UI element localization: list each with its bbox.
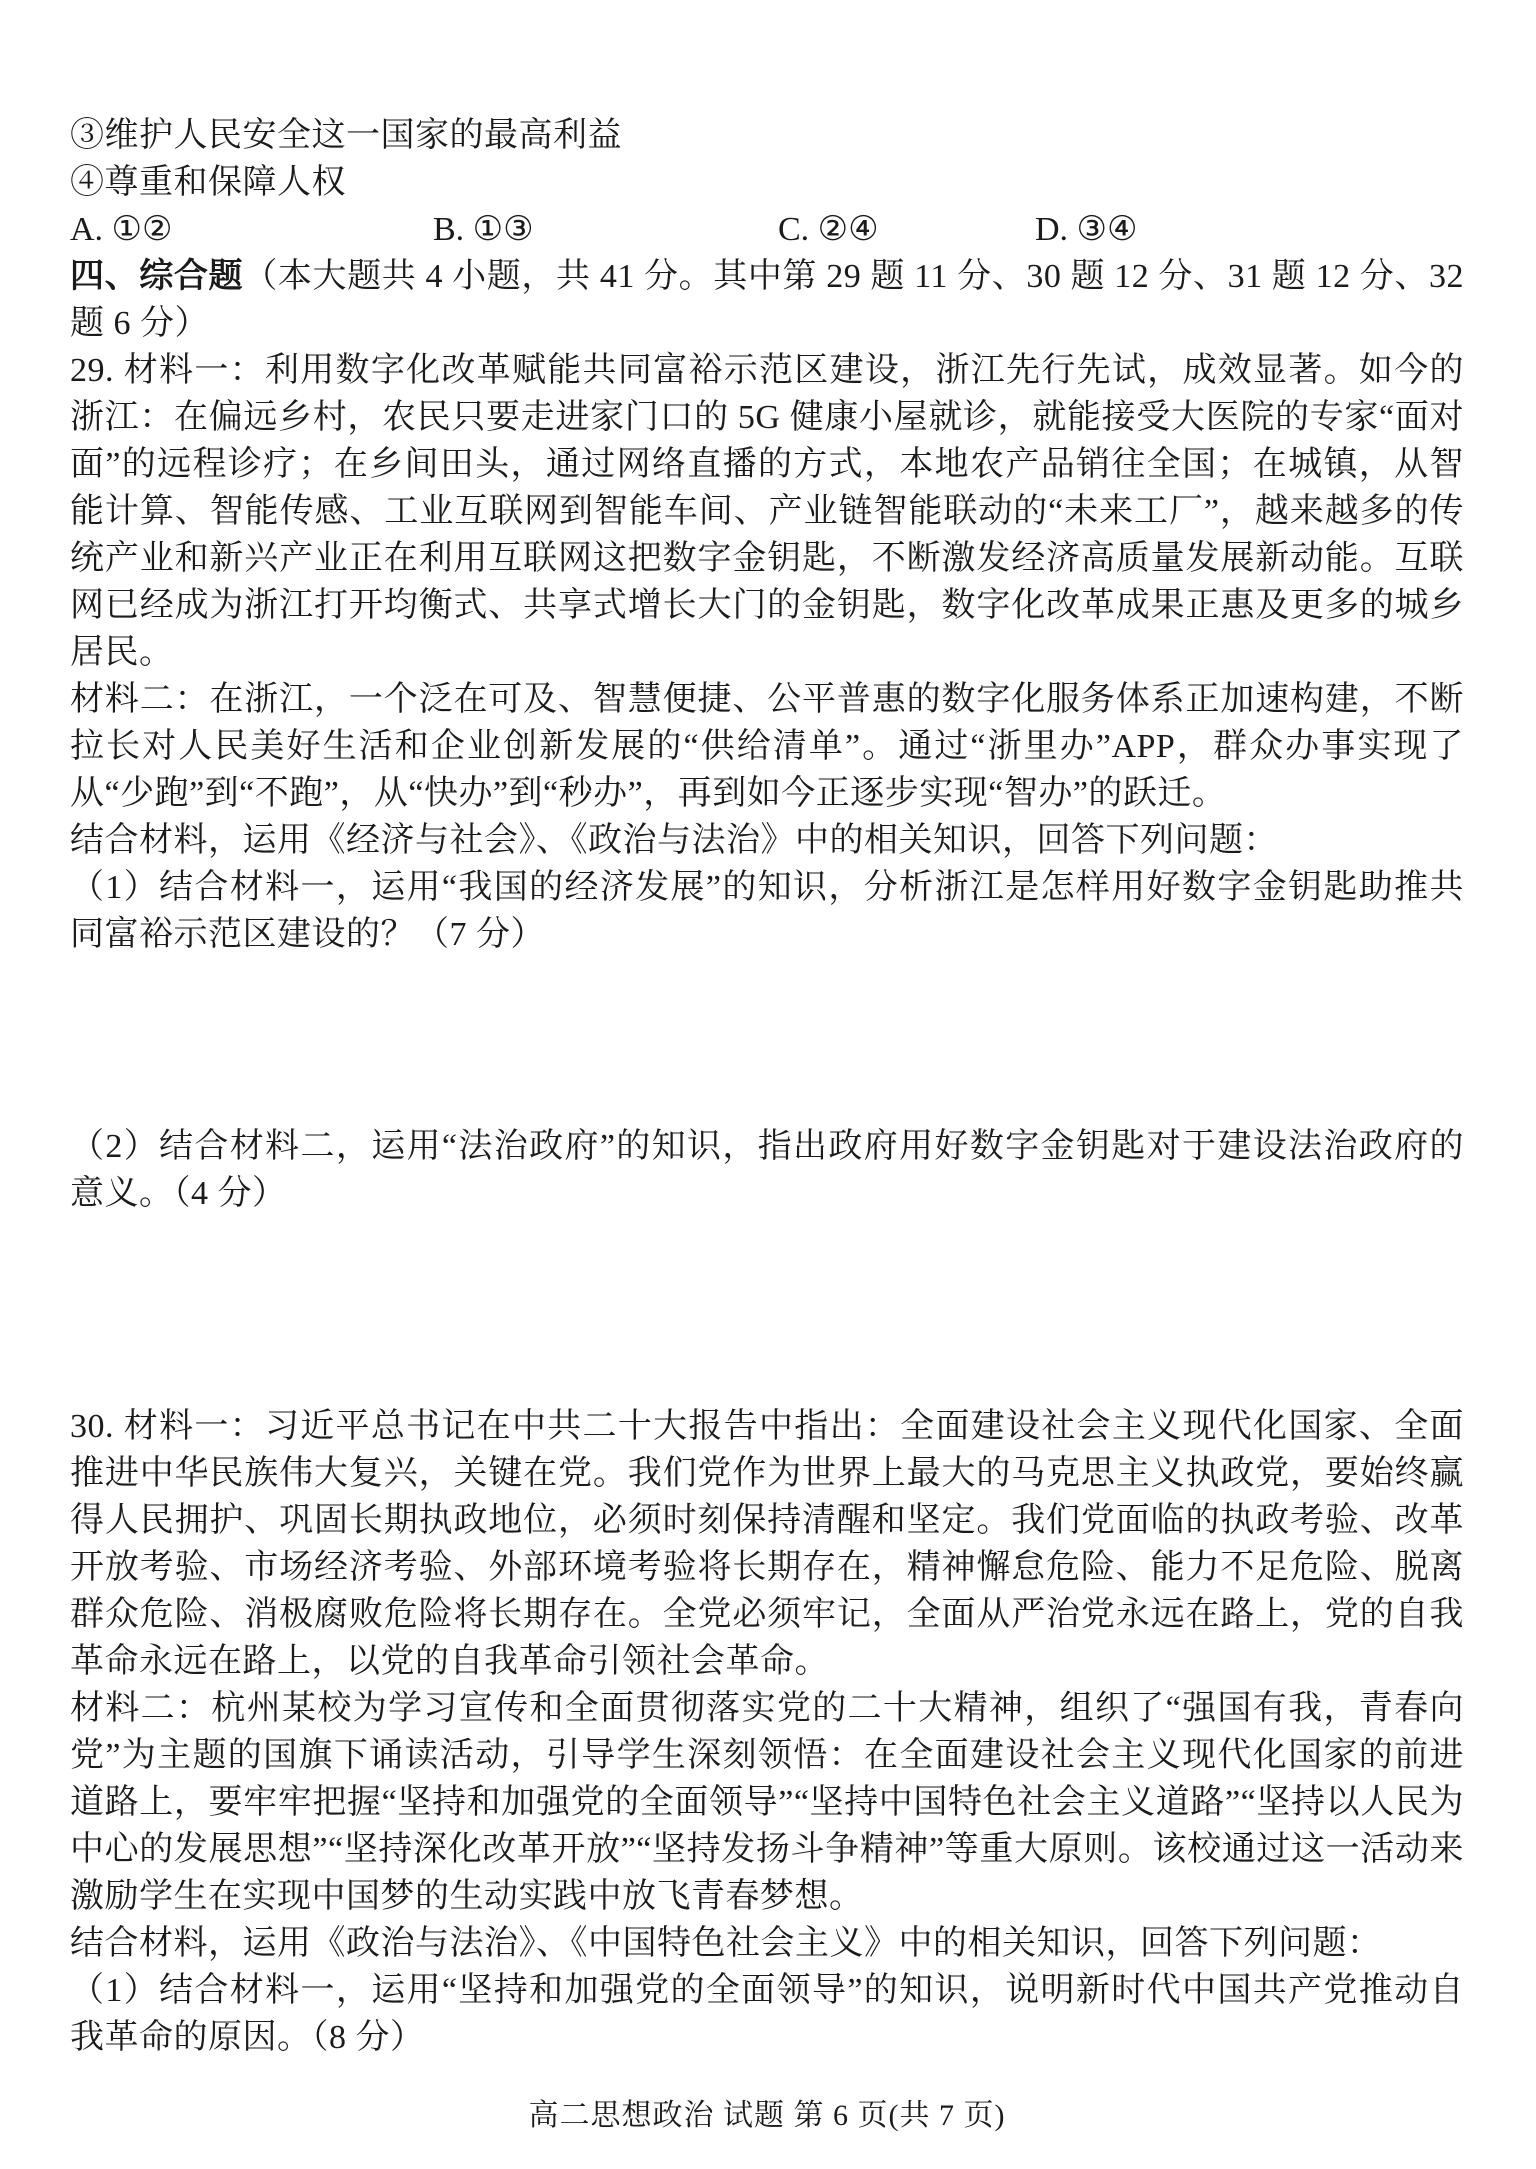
q29-material-2: 材料二：在浙江，一个泛在可及、智慧便捷、公平普惠的数字化服务体系正加速构建，不断…: [70, 676, 1464, 817]
choice-item-4: ④尊重和保障人权: [70, 159, 1464, 206]
option-a: A. ①②: [70, 206, 433, 253]
q29-subquestion-1: （1）结合材料一，运用“我国的经济发展”的知识，分析浙江是怎样用好数字金钥匙助推…: [70, 864, 1464, 958]
q30-material-2: 材料二：杭州某校为学习宣传和全面贯彻落实党的二十大精神，组织了“强国有我，青春向…: [70, 1685, 1464, 1920]
answer-options-row: A. ①② B. ①③ C. ②④ D. ③④: [70, 206, 1464, 253]
q29-subquestion-2: （2）结合材料二，运用“法治政府”的知识，指出政府用好数字金钥匙对于建设法治政府…: [70, 1123, 1464, 1217]
option-b: B. ①③: [433, 206, 778, 253]
q29-instruction: 结合材料，运用《经济与社会》、《政治与法治》中的相关知识，回答下列问题：: [70, 817, 1464, 864]
q30-instruction: 结合材料，运用《政治与法治》、《中国特色社会主义》中的相关知识，回答下列问题：: [70, 1920, 1464, 1967]
q30-material-1: 30. 材料一：习近平总书记在中共二十大报告中指出：全面建设社会主义现代化国家、…: [70, 1403, 1464, 1685]
option-c: C. ②④: [778, 206, 1035, 253]
section-title: 四、综合题: [70, 258, 243, 295]
answer-space-q29-2: [70, 1217, 1464, 1403]
option-d: D. ③④: [1035, 206, 1464, 253]
section-info: （本大题共 4 小题，共 41 分。其中第 29 题 11 分、30 题 12 …: [70, 258, 1464, 342]
q29-material-1: 29. 材料一：利用数字化改革赋能共同富裕示范区建设，浙江先行先试，成效显著。如…: [70, 347, 1464, 676]
section-heading: 四、综合题（本大题共 4 小题，共 41 分。其中第 29 题 11 分、30 …: [70, 253, 1464, 347]
answer-space-q29-1: [70, 958, 1464, 1123]
page-footer: 高二思想政治 试题 第 6 页(共 7 页): [70, 2096, 1464, 2136]
exam-page: ③维护人民安全这一国家的最高利益 ④尊重和保障人权 A. ①② B. ①③ C.…: [0, 0, 1536, 2169]
q30-subquestion-1: （1）结合材料一，运用“坚持和加强党的全面领导”的知识，说明新时代中国共产党推动…: [70, 1967, 1464, 2061]
choice-item-3: ③维护人民安全这一国家的最高利益: [70, 112, 1464, 159]
